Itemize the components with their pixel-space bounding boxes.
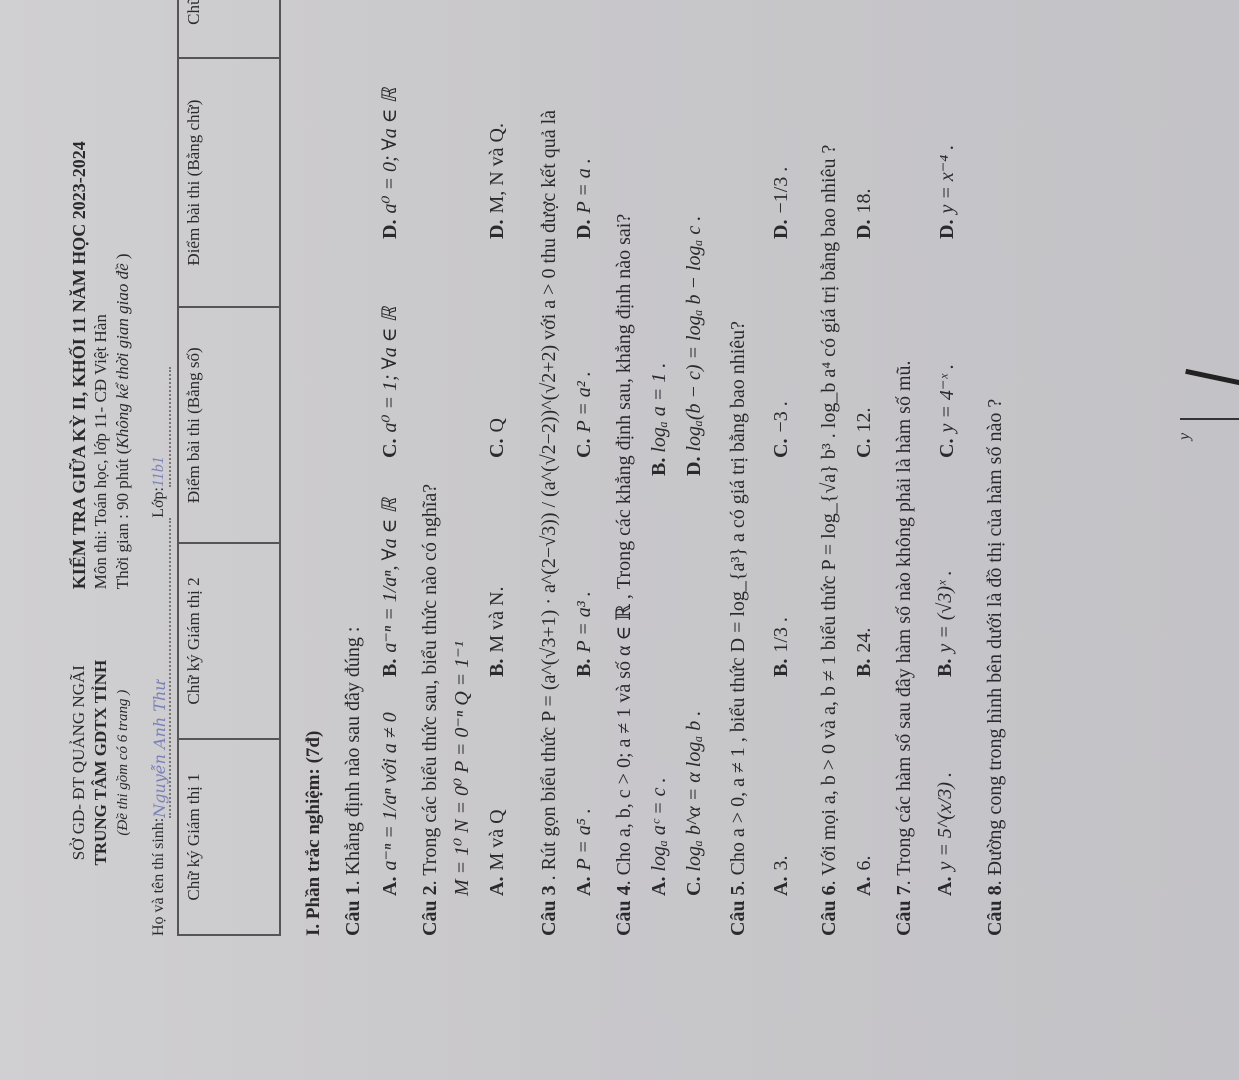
option-key: A. (853, 877, 875, 896)
question-label: Câu 4 (613, 885, 635, 936)
option-key: B. (379, 659, 401, 677)
option-text: 3. (770, 856, 792, 871)
option-text: P = a³ . (573, 591, 595, 652)
option-key: D. (770, 220, 792, 239)
question-1: Câu 1. Khẳng định nào sau đây đúng : (339, 20, 367, 936)
option-c[interactable]: C.y = 4⁻ˣ . (934, 239, 959, 458)
option-text: P = a⁵ . (573, 808, 595, 870)
question-3: Câu 3 . Rút gọn biểu thức P = (a^(√3+1) … (535, 20, 563, 936)
exam-header: SỞ GD- ĐT QUẢNG NGÃI TRUNG TÂM GDTX TỈNH… (68, 20, 134, 936)
time-suffix: ) (113, 253, 132, 263)
option-key: C. (486, 439, 508, 458)
option-text: logₐ aᶜ = c . (648, 778, 670, 872)
option-text: −3 . (770, 401, 792, 432)
graph-y-axis-label: y (1176, 433, 1194, 440)
option-text: 18. (853, 189, 875, 214)
option-b[interactable]: B.24. (853, 458, 876, 677)
option-key: B. (486, 659, 508, 677)
option-key: A. (486, 877, 508, 896)
option-c[interactable]: C.12. (853, 239, 876, 458)
option-text: Q (486, 418, 508, 432)
question-text: . Cho a > 0, a ≠ 1 , biểu thức D = log_{… (727, 321, 749, 885)
pages-note: (Đề thi gồm có 6 trang ) (112, 589, 134, 936)
proctor1-signature-cell[interactable]: Chữ ký Giám thị 1 (178, 739, 280, 935)
option-key: B. (770, 659, 792, 677)
option-text: M và Q (486, 809, 508, 870)
question-text: . Với mọi a, b > 0 và a, b ≠ 1 biểu thức… (818, 145, 840, 886)
option-key: C. (683, 877, 705, 896)
option-c[interactable]: C.a⁰ = 1; ∀a ∈ ℝ (377, 239, 402, 458)
option-d[interactable]: D.a⁰ = 0; ∀a ∈ ℝ (377, 20, 402, 239)
option-b[interactable]: B.P = a³ . (573, 458, 596, 677)
question-text: . Trong các biểu thức sau, biểu thức nào… (419, 484, 441, 886)
option-d[interactable]: D.P = a . (573, 20, 596, 239)
option-key: D. (379, 220, 401, 239)
option-a[interactable]: A.M và Q (486, 677, 509, 896)
option-d[interactable]: D.y = x⁻⁴ . (934, 20, 959, 239)
question-5-options: A.3. B.1/3 . C.−3 . D.−1/3 . (770, 20, 793, 896)
option-key: D. (683, 457, 705, 476)
graph-y-axis (1180, 418, 1239, 420)
time-text: Thời gian : 90 phút ( (113, 449, 132, 590)
option-key: A. (379, 877, 401, 896)
option-key: B. (648, 458, 670, 476)
option-a[interactable]: A.a⁻ⁿ = 1/aⁿ với a ≠ 0 (377, 677, 402, 896)
option-key: B. (853, 659, 875, 677)
question-4-options: A. logₐ aᶜ = c . B. logₐ a = 1 . C. logₐ… (648, 20, 706, 896)
question-6-options: A.6. B.24. C.12. D.18. (853, 20, 876, 896)
option-key: B. (934, 659, 956, 677)
option-text: a⁻ⁿ = 1/aⁿ với a ≠ 0 (379, 712, 401, 870)
name-label: Họ và tên thí sinh: (150, 818, 171, 936)
option-text: logₐ a = 1 . (648, 363, 670, 453)
question-2-expressions: M = 1⁰ N = 0⁰ P = 0⁻ⁿ Q = 1⁻¹ (448, 20, 476, 896)
grader-signature-cell[interactable]: Chữ ký GV chấm (178, 0, 280, 58)
option-c[interactable]: C.Q (486, 239, 509, 458)
option-text: 6. (853, 856, 875, 871)
question-2: Câu 2. Trong các biểu thức sau, biểu thứ… (416, 20, 444, 936)
option-text: M và N. (486, 587, 508, 653)
option-text: 12. (853, 408, 875, 433)
option-key: D. (853, 220, 875, 239)
option-key: C. (573, 439, 595, 458)
question-label: Câu 3 (538, 885, 560, 936)
question-1-options: A.a⁻ⁿ = 1/aⁿ với a ≠ 0 B.a⁻ⁿ = 1/aⁿ, ∀a … (377, 20, 402, 896)
proctor2-signature-cell[interactable]: Chữ ký Giám thị 2 (178, 543, 280, 739)
exam-subject: Môn thi: Toán học, lớp 11- CĐ Việt Hàn (90, 50, 112, 589)
score-words-cell[interactable]: Điểm bài thi (Bằng chữ) (178, 58, 280, 308)
exam-paper: SỞ GD- ĐT QUẢNG NGÃI TRUNG TÂM GDTX TỈNH… (0, 0, 1239, 1080)
option-d[interactable]: D. logₐ(b − c) = logₐ b − logₐ c . (683, 56, 706, 476)
option-key: C. (936, 439, 958, 458)
option-text: P = a . (573, 158, 595, 213)
option-d[interactable]: D.M, N và Q. (486, 20, 509, 239)
school-name: TRUNG TÂM GDTX TỈNH (90, 589, 112, 936)
score-number-cell[interactable]: Điểm bài thi (Bằng số) (178, 307, 280, 543)
option-key: D. (936, 220, 958, 239)
option-text: M, N và Q. (486, 123, 508, 214)
question-label: Câu 6 (818, 885, 840, 936)
option-key: D. (486, 220, 508, 239)
option-b[interactable]: B.1/3 . (770, 458, 793, 677)
option-b[interactable]: B.y = (√3)ˣ . (934, 458, 959, 677)
question-text: . Khẳng định nào sau đây đúng : (342, 627, 364, 886)
option-d[interactable]: D.−1/3 . (770, 20, 793, 239)
option-key: A. (934, 877, 956, 896)
option-a[interactable]: A.3. (770, 677, 793, 896)
option-key: A. (770, 877, 792, 896)
option-b[interactable]: B.M và N. (486, 458, 509, 677)
option-a[interactable]: A.P = a⁵ . (573, 677, 596, 896)
option-text: y = (√3)ˣ . (934, 570, 956, 652)
department-name: SỞ GD- ĐT QUẢNG NGÃI (68, 589, 90, 936)
question-7-options: A.y = 5^(x/3) . B.y = (√3)ˣ . C.y = 4⁻ˣ … (934, 20, 959, 896)
exam-info: KIỂM TRA GIỮA KỲ II, KHỐI 11 NĂM HỌC 202… (68, 50, 134, 589)
question-7: Câu 7. Trong các hàm số sau đây hàm số n… (890, 20, 918, 936)
class-label: Lớp: (150, 487, 171, 518)
option-c[interactable]: C.−3 . (770, 239, 793, 458)
option-b[interactable]: B. logₐ a = 1 . (648, 56, 671, 476)
option-key: D. (573, 220, 595, 239)
signature-table: Chữ ký Giám thị 1 Chữ ký Giám thị 2 Điểm… (177, 0, 281, 936)
option-key: C. (770, 439, 792, 458)
question-label: Câu 2 (419, 885, 441, 936)
option-d[interactable]: D.18. (853, 20, 876, 239)
option-b[interactable]: B.a⁻ⁿ = 1/aⁿ, ∀a ∈ ℝ (377, 458, 402, 677)
class-field[interactable]: 11b1 (150, 367, 171, 487)
option-text: −1/3 . (770, 167, 792, 214)
option-text: y = 4⁻ˣ . (936, 364, 958, 433)
school-info: SỞ GD- ĐT QUẢNG NGÃI TRUNG TÂM GDTX TỈNH… (68, 589, 134, 936)
graph-curve (1185, 369, 1239, 386)
question-label: Câu 7 (893, 885, 915, 936)
exam-time: Thời gian : 90 phút (Không kể thời gian … (112, 50, 134, 589)
question-label: Câu 8 (984, 885, 1006, 936)
option-a[interactable]: A.6. (853, 677, 876, 896)
section-title: I. Phần trắc nghiệm: (7đ) (303, 20, 325, 936)
option-key: C. (379, 439, 401, 458)
option-text: P = a² . (573, 371, 595, 432)
name-field[interactable]: Nguyễn Anh Thư (150, 518, 171, 818)
student-info: Họ và tên thí sinh: Nguyễn Anh Thư Lớp: … (150, 20, 171, 936)
option-text: 1/3 . (770, 617, 792, 653)
question-text: . Cho a, b, c > 0; a ≠ 1 và số α ∈ ℝ , T… (613, 214, 635, 886)
question-label: Câu 1 (342, 885, 364, 936)
option-text: a⁻ⁿ = 1/aⁿ, ∀a ∈ ℝ (379, 498, 401, 653)
option-c[interactable]: C.P = a² . (573, 239, 596, 458)
option-key: B. (573, 659, 595, 677)
option-text: logₐ(b − c) = logₐ b − logₐ c . (683, 216, 705, 452)
question-text: . Trong các hàm số sau đây hàm số nào kh… (893, 360, 915, 885)
question-3-options: A.P = a⁵ . B.P = a³ . C.P = a² . D.P = a… (573, 20, 596, 896)
question-text: . Rút gọn biểu thức P = (a^(√3+1) · a^(2… (538, 110, 560, 885)
option-key: A. (648, 877, 670, 896)
option-text: a⁰ = 1; ∀a ∈ ℝ (379, 307, 401, 433)
option-text: a⁰ = 0; ∀a ∈ ℝ (379, 88, 401, 214)
question-2-options: A.M và Q B.M và N. C.Q D.M, N và Q. (486, 20, 509, 896)
exam-title: KIỂM TRA GIỮA KỲ II, KHỐI 11 NĂM HỌC 202… (68, 50, 90, 589)
time-note: Không kể thời gian giao đề (113, 263, 132, 448)
question-label: Câu 5 (727, 885, 749, 936)
option-text: y = 5^(x/3) . (934, 772, 956, 871)
option-a[interactable]: A. logₐ aᶜ = c . (648, 476, 671, 896)
question-5: Câu 5. Cho a > 0, a ≠ 1 , biểu thức D = … (724, 20, 752, 936)
option-key: A. (573, 877, 595, 896)
option-a[interactable]: A.y = 5^(x/3) . (934, 677, 959, 896)
option-key: C. (853, 439, 875, 458)
option-text: y = x⁻⁴ . (936, 145, 958, 214)
option-c[interactable]: C. logₐ b^α = α logₐ b . (683, 476, 706, 896)
option-text: logₐ b^α = α logₐ b . (683, 711, 705, 872)
question-text: . Đường cong trong hình bên dưới là đồ t… (984, 399, 1006, 886)
question-6: Câu 6. Với mọi a, b > 0 và a, b ≠ 1 biểu… (815, 20, 843, 936)
question-4: Câu 4. Cho a, b, c > 0; a ≠ 1 và số α ∈ … (610, 20, 638, 936)
question-8: Câu 8. Đường cong trong hình bên dưới là… (981, 20, 1009, 936)
option-text: 24. (853, 628, 875, 653)
